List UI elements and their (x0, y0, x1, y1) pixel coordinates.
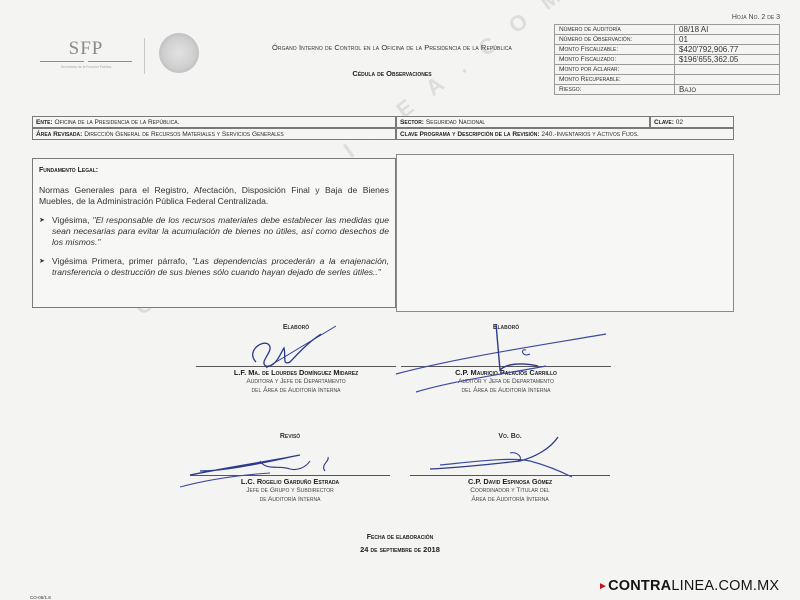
fecha-value: 24 de septiembre de 2018 (280, 544, 520, 556)
area-row: Área Revisada: Dirección General de Recu… (32, 128, 396, 140)
ente-label: Ente: (36, 119, 53, 126)
brand-bold: CONTRA (608, 578, 671, 594)
audit-value: 01 (675, 35, 780, 45)
audit-value: Bajo (675, 85, 780, 95)
signer-position: de Auditoría Interna (180, 495, 400, 504)
signature-block-vobo: Vo. Bo. C.P. David Espinosa Gómez Coordi… (400, 433, 620, 504)
sfp-logo-subtitle: Secretaría de la Función Pública (40, 65, 132, 69)
page-number: Hoja No. 2 de 3 (640, 14, 780, 21)
handwritten-signature-icon (400, 445, 620, 475)
bullet-quote: "El responsable de los recursos material… (52, 215, 389, 247)
audit-value: 08/18 AI (675, 25, 780, 35)
area-label: Área Revisada: (36, 131, 82, 138)
sfp-logo-text: SFP (40, 38, 132, 60)
arrow-bullet-icon: ➤ (39, 256, 52, 278)
audit-row: Monto Recuperable: (555, 75, 780, 85)
programa-value: 240.-Inventarios y Activos Fijos. (541, 131, 638, 138)
ente-value: Oficina de la Presidencia de la Repúblic… (54, 119, 179, 126)
audit-row: Riesgo:Bajo (555, 85, 780, 95)
handwritten-signature-icon (180, 445, 400, 475)
handwritten-signature-icon (186, 336, 406, 366)
audit-label: Monto Fiscalizable: (555, 45, 675, 55)
audit-label: Número de Auditoría (555, 25, 675, 35)
fundamento-bullet: ➤ Vigésima, "El responsable de los recur… (39, 215, 389, 248)
handwritten-signature-icon (396, 336, 616, 366)
doc-title: Cédula de Observaciones (232, 69, 552, 78)
sector-row: Sector: Seguridad Nacional (396, 116, 650, 128)
audit-row: Número de Auditoría08/18 AI (555, 25, 780, 35)
ente-row: Ente: Oficina de la Presidencia de la Re… (32, 116, 396, 128)
brand-light: LINEA.COM.MX (671, 578, 779, 594)
bullet-lead: Vigésima, (52, 215, 90, 225)
sfp-logo-rule (40, 61, 132, 62)
audit-label: Monto por Aclarar: (555, 65, 675, 75)
signature-block-elaboro-1: Elaboró L.F. Ma. de Lourdes Domínguez Mi… (186, 324, 406, 395)
signer-position: Jefe de Grupo y Subdirector (180, 486, 400, 495)
audit-label: Número de Observación: (555, 35, 675, 45)
sfp-logo: SFP Secretaría de la Función Pública (40, 38, 132, 69)
audit-row: Monto Fiscalizable:$420'792,906.77 (555, 45, 780, 55)
audit-row: Monto Fiscalizado:$196'655,362.05 (555, 55, 780, 65)
clave-row: Clave: 02 (650, 116, 734, 128)
national-seal-icon (159, 33, 199, 73)
fundamento-title: Fundamento Legal: (39, 167, 389, 174)
audit-value (675, 65, 780, 75)
triangle-arrow-icon: ► (598, 581, 608, 592)
signature-block-reviso: Revisó L.C. Rogelio Garduño Estrada Jefe… (180, 433, 400, 504)
audit-summary-table: Número de Auditoría08/18 AINúmero de Obs… (554, 24, 780, 95)
audit-value: $196'655,362.05 (675, 55, 780, 65)
clave-label: Clave: (654, 119, 674, 126)
observation-box (396, 154, 734, 312)
bullet-lead: Vigésima Primera, primer párrafo, (52, 256, 187, 266)
contralinea-brand: ►CONTRALINEA.COM.MX (598, 578, 779, 594)
sector-label: Sector: (400, 119, 424, 126)
audit-row: Número de Observación:01 (555, 35, 780, 45)
audit-value (675, 75, 780, 85)
signer-position: Auditora y Jefe de Departamento (186, 377, 406, 386)
audit-label: Monto Fiscalizado: (555, 55, 675, 65)
form-code: CO-06/1.8 (30, 595, 51, 600)
signer-position: Área de Auditoría Interna (400, 495, 620, 504)
programa-label: Clave Programa y Descripción de la Revis… (400, 131, 540, 138)
audit-value: $420'792,906.77 (675, 45, 780, 55)
audit-label: Monto Recuperable: (555, 75, 675, 85)
signer-position: del Área de Auditoría Interna (186, 386, 406, 395)
audit-row: Monto por Aclarar: (555, 65, 780, 75)
org-title: Órgano Interno de Control en la Oficina … (232, 43, 552, 52)
arrow-bullet-icon: ➤ (39, 215, 52, 248)
audit-label: Riesgo: (555, 85, 675, 95)
fecha-elaboracion: Fecha de elaboración 24 de septiembre de… (280, 532, 520, 556)
logo-divider (144, 38, 145, 74)
signer-position: del Área de Auditoría Interna (396, 386, 616, 395)
fecha-label: Fecha de elaboración (280, 532, 520, 544)
clave-value: 02 (676, 119, 683, 126)
programa-row: Clave Programa y Descripción de la Revis… (396, 128, 734, 140)
fundamento-bullet: ➤ Vigésima Primera, primer párrafo, "Las… (39, 256, 389, 278)
signer-position: Coordinador y Titular del (400, 486, 620, 495)
fundamento-norm: Normas Generales para el Registro, Afect… (39, 185, 389, 207)
area-value: Dirección General de Recursos Materiales… (84, 131, 284, 138)
sector-value: Seguridad Nacional (426, 119, 485, 126)
fundamento-legal-box: Fundamento Legal: Normas Generales para … (32, 158, 396, 308)
signature-block-elaboro-2: Elaboró C.P. Mauricio Palacios Carrillo … (396, 324, 616, 395)
